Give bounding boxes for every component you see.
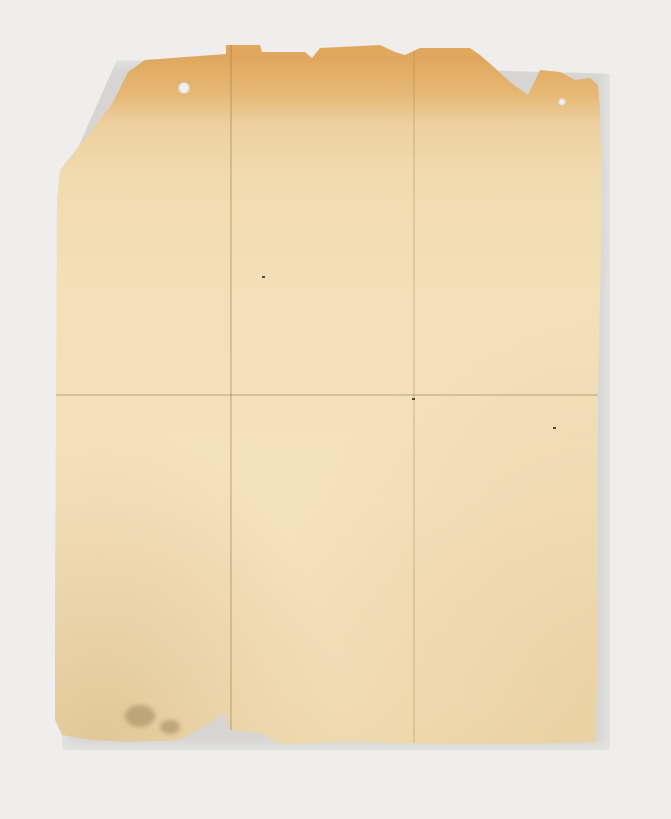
paper-hole [178, 82, 190, 94]
speck-mark [553, 427, 556, 429]
aged-paper-sheet [0, 0, 671, 819]
paper-hole-small [558, 98, 566, 106]
fold-line-vertical-left [230, 45, 232, 735]
speck-mark [262, 276, 265, 278]
stain-mark [160, 720, 180, 734]
speck-mark [412, 398, 415, 400]
photo-scene [0, 0, 671, 819]
fold-line-horizontal [56, 394, 598, 396]
stain-mark [125, 705, 155, 727]
